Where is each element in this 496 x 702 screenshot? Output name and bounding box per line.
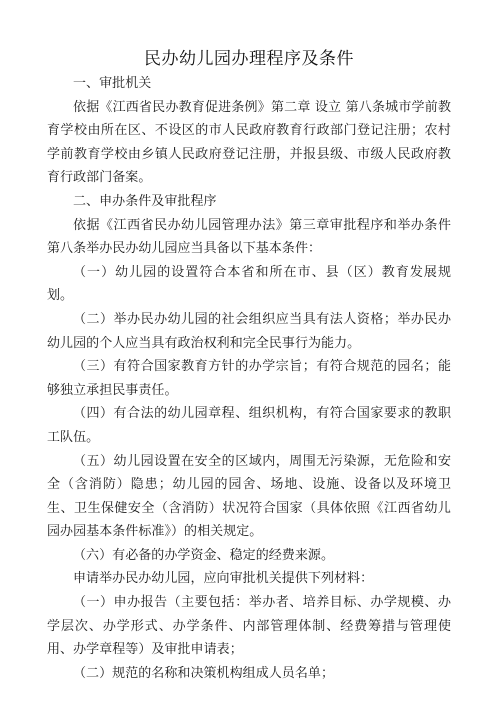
paragraph-conditions-basis: 依据《江西省民办幼儿园管理办法》第三章审批程序和举办条件第八条举办民办幼儿园应当… (47, 214, 451, 261)
material-item-2: （二）规范的名称和决策机构组成人员名单； (47, 662, 451, 686)
condition-item-2: （二）举办民办幼儿园的社会组织应当具有法人资格；举办民办幼儿园的个人应当具有政治… (47, 308, 451, 355)
section-heading-conditions-procedure: 二、申办条件及审批程序 (47, 190, 451, 214)
materials-intro: 申请举办民办幼儿园，应向审批机关提供下列材料： (47, 567, 451, 591)
condition-item-6: （六）有必备的办学资金、稳定的经费来源。 (47, 544, 451, 568)
condition-item-1: （一）幼儿园的设置符合本省和所在市、县（区）教育发展规划。 (47, 261, 451, 308)
document-title: 民办幼儿园办理程序及条件 (47, 46, 451, 72)
condition-item-4: （四）有合法的幼儿园章程、组织机构，有符合国家要求的教职工队伍。 (47, 402, 451, 449)
document-page: 民办幼儿园办理程序及条件 一、审批机关 依据《江西省民办教育促进条例》第二章 设… (47, 46, 451, 685)
material-item-1: （一）申办报告（主要包括：举办者、培养目标、办学规模、办学层次、办学形式、办学条… (47, 591, 451, 662)
section-heading-approval-authority: 一、审批机关 (47, 72, 451, 96)
paragraph-approval-basis: 依据《江西省民办教育促进条例》第二章 设立 第八条城市学前教育学校由所在区、不设… (47, 96, 451, 190)
condition-item-3: （三）有符合国家教育方针的办学宗旨；有符合规范的园名；能够独立承担民事责任。 (47, 355, 451, 402)
condition-item-5: （五）幼儿园设置在安全的区域内，周围无污染源，无危险和安全（含消防）隐患；幼儿园… (47, 450, 451, 544)
